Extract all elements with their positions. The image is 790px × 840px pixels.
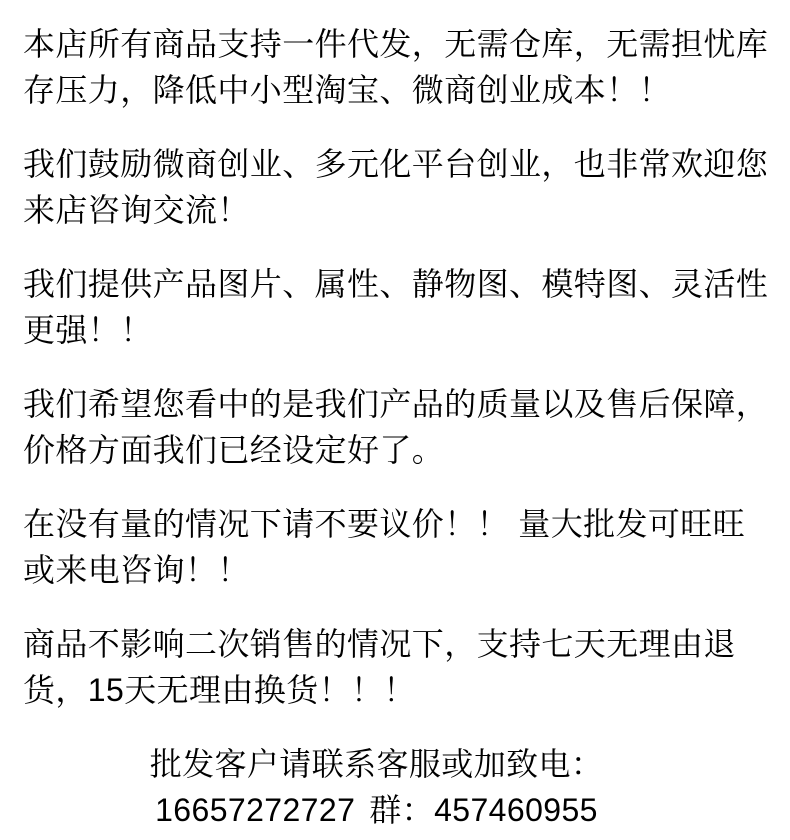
contact-group-number: 457460955 bbox=[434, 792, 598, 828]
contact-phone-number: 16657272727 bbox=[155, 792, 355, 828]
contact-numbers: 16657272727群：457460955 bbox=[23, 787, 730, 833]
notice-paragraph-quality-pricing: 我们希望您看中的是我们产品的质量以及售后保障，价格方面我们已经设定好了。 bbox=[23, 381, 770, 473]
notice-paragraph-encourage-business: 我们鼓励微商创业、多元化平台创业，也非常欢迎您来店咨询交流！ bbox=[23, 141, 770, 233]
notice-paragraph-return-policy: 商品不影响二次销售的情况下，支持七天无理由退货，15天无理由换货！！！ bbox=[23, 621, 770, 713]
store-notice-page: 本店所有商品支持一件代发，无需仓库，无需担忧库存压力，降低中小型淘宝、微商创业成… bbox=[0, 0, 790, 840]
notice-content: 本店所有商品支持一件代发，无需仓库，无需担忧库存压力，降低中小型淘宝、微商创业成… bbox=[0, 0, 790, 833]
notice-paragraph-no-bargaining: 在没有量的情况下请不要议价！！ 量大批发可旺旺或来电咨询！！ bbox=[23, 501, 770, 593]
notice-paragraph-dropshipping: 本店所有商品支持一件代发，无需仓库，无需担忧库存压力，降低中小型淘宝、微商创业成… bbox=[23, 21, 770, 113]
contact-footer: 批发客户请联系客服或加致电： 16657272727群：457460955 bbox=[23, 741, 770, 833]
contact-instruction: 批发客户请联系客服或加致电： bbox=[23, 741, 730, 787]
contact-group-label: 群： bbox=[369, 792, 434, 828]
notice-paragraph-product-materials: 我们提供产品图片、属性、静物图、模特图、灵活性更强！！ bbox=[23, 261, 770, 353]
